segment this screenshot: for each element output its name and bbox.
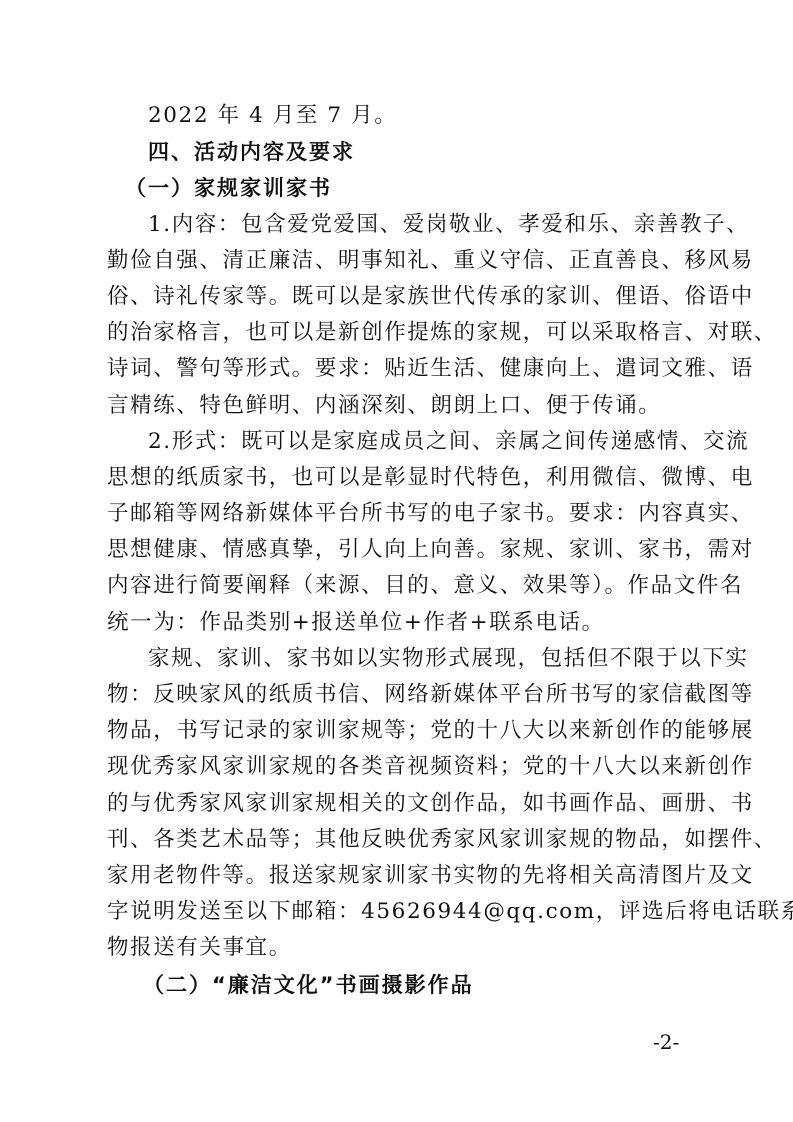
paragraph-line: 刊、各类艺术品等；其他反映优秀家风家训家规的物品，如摆件、 bbox=[107, 822, 697, 858]
paragraph-line: 诗词、警句等形式。要求：贴近生活、健康向上、遣词文雅、语 bbox=[107, 351, 697, 387]
paragraph-line: 内容进行简要阐释（来源、目的、意义、效果等）。作品文件名 bbox=[107, 568, 697, 604]
paragraph-line: 1.内容：包含爱党爱国、爱岗敬业、孝爱和乐、亲善教子、 bbox=[107, 207, 697, 243]
page-number: -2- bbox=[653, 1030, 679, 1054]
paragraph-line: 子邮箱等网络新媒体平台所书写的电子家书。要求：内容真实、 bbox=[107, 496, 697, 532]
paragraph-line: 物报送有关事宜。 bbox=[107, 930, 697, 966]
paragraph-line: 现优秀家风家训家规的各类音视频资料；党的十八大以来新创作 bbox=[107, 749, 697, 785]
paragraph-line: 家规、家训、家书如以实物形式展现，包括但不限于以下实 bbox=[107, 641, 697, 677]
paragraph-line: 物：反映家风的纸质书信、网络新媒体平台所书写的家信截图等 bbox=[107, 677, 697, 713]
paragraph-line: 的治家格言，也可以是新创作提炼的家规，可以采取格言、对联、 bbox=[107, 315, 697, 351]
paragraph-line: 勤俭自强、清正廉洁、明事知礼、重义守信、正直善良、移风易 bbox=[107, 243, 697, 279]
paragraph-line: 的与优秀家风家训家规相关的文创作品，如书画作品、画册、书 bbox=[107, 786, 697, 822]
document-page: 2022 年 4 月至 7 月。 四、活动内容及要求 （一）家规家训家书 1.内… bbox=[107, 98, 697, 1003]
paragraph-line: 2.形式：既可以是家庭成员之间、亲属之间传递感情、交流 bbox=[107, 424, 697, 460]
paragraph-line: 物品，书写记录的家训家规等；党的十八大以来新创作的能够展 bbox=[107, 713, 697, 749]
paragraph-line: 家用老物件等。报送家规家训家书实物的先将相关高清图片及文 bbox=[107, 858, 697, 894]
paragraph-line: 统一为：作品类别+报送单位+作者+联系电话。 bbox=[107, 605, 697, 641]
paragraph-line: 思想健康、情感真挚，引人向上向善。家规、家训、家书，需对 bbox=[107, 532, 697, 568]
section-heading-4: 四、活动内容及要求 bbox=[107, 134, 697, 170]
subsection-heading-2: （二）“廉洁文化”书画摄影作品 bbox=[107, 967, 697, 1003]
paragraph-line: 思想的纸质家书，也可以是彰显时代特色，利用微信、微博、电 bbox=[107, 460, 697, 496]
date-range-line: 2022 年 4 月至 7 月。 bbox=[107, 98, 697, 134]
paragraph-line: 言精练、特色鲜明、内涵深刻、朗朗上口、便于传诵。 bbox=[107, 388, 697, 424]
email-line: 字说明发送至以下邮箱：45626944@qq.com，评选后将电话联系实 bbox=[107, 894, 697, 930]
paragraph-line: 俗、诗礼传家等。既可以是家族世代传承的家训、俚语、俗语中 bbox=[107, 279, 697, 315]
subsection-heading-1: （一）家规家训家书 bbox=[107, 170, 697, 206]
